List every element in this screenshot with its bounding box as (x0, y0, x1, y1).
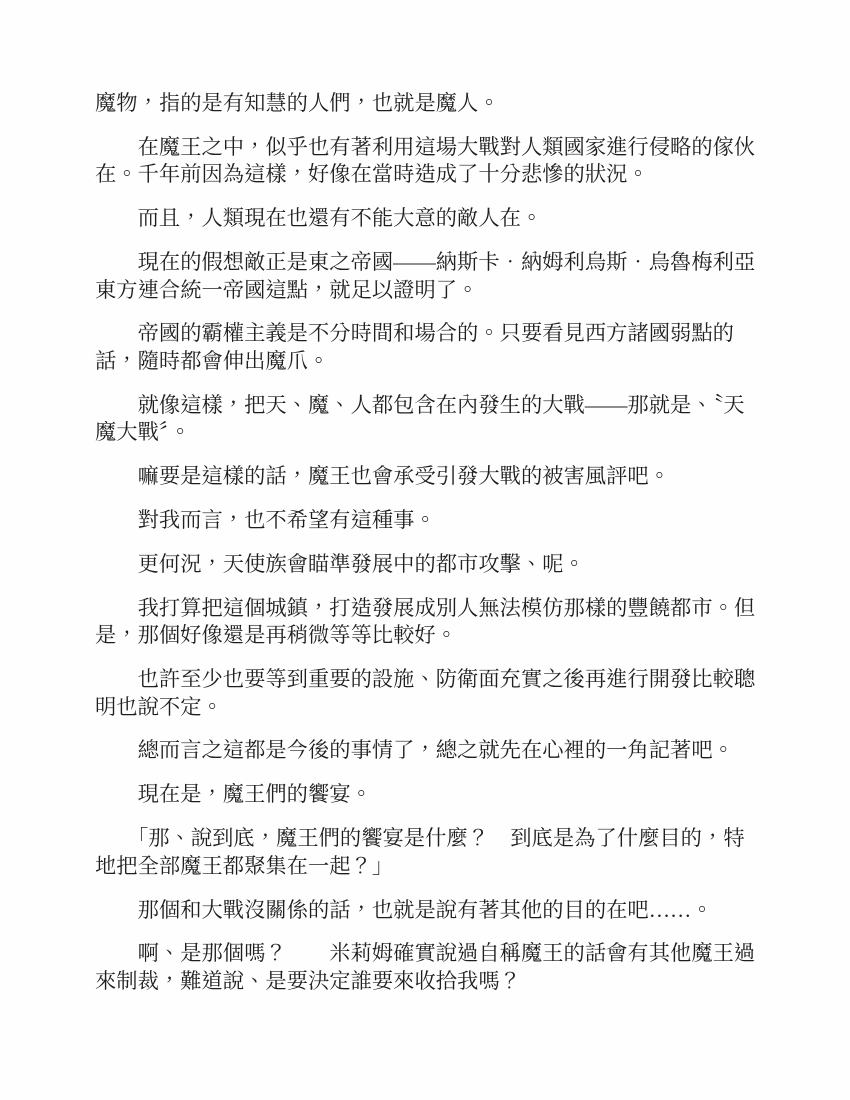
paragraph: 「那、說到底，魔王們的饗宴是什麼？ 到底是為了什麼目的，特地把全部魔王都聚集在一… (95, 825, 761, 880)
paragraph: 嘛要是這樣的話，魔王也會承受引發大戰的被害風評吧。 (95, 463, 761, 490)
paragraph: 而且，人類現在也還有不能大意的敵人在。 (95, 205, 761, 232)
paragraph: 更何況，天使族會瞄準發展中的都市攻擊、呢。 (95, 551, 761, 578)
page-text-block: 魔物，指的是有知慧的人們，也就是魔人。 在魔王之中，似乎也有著利用這場大戰對人類… (95, 90, 761, 1012)
paragraph: 總而言之這都是今後的事情了，總之就先在心裡的一角記著吧。 (95, 737, 761, 764)
document-page: 魔物，指的是有知慧的人們，也就是魔人。 在魔王之中，似乎也有著利用這場大戰對人類… (0, 0, 850, 1100)
paragraph: 帝國的霸權主義是不分時間和場合的。只要看見西方諸國弱點的話，隨時都會伸出魔爪。 (95, 320, 761, 375)
paragraph: 魔物，指的是有知慧的人們，也就是魔人。 (95, 90, 761, 117)
paragraph: 現在是，魔王們的饗宴。 (95, 781, 761, 808)
paragraph: 那個和大戰沒關係的話，也就是說有著其他的目的在吧……。 (95, 897, 761, 924)
paragraph: 啊、是那個嗎？ 米莉姆確實說過自稱魔王的話會有其他魔王過來制裁，難道說、是要決定… (95, 940, 761, 995)
paragraph: 就像這樣，把天、魔、人都包含在內發生的大戰——那就是、〝天魔大戰〞。 (95, 392, 761, 447)
paragraph: 對我而言，也不希望有這種事。 (95, 507, 761, 534)
paragraph: 現在的假想敵正是東之帝國——納斯卡．納姆利烏斯．烏魯梅利亞東方連合統一帝國這點，… (95, 249, 761, 304)
paragraph: 也許至少也要等到重要的設施、防衛面充實之後再進行開發比較聰明也說不定。 (95, 666, 761, 721)
paragraph: 在魔王之中，似乎也有著利用這場大戰對人類國家進行侵略的傢伙在。千年前因為這樣，好… (95, 134, 761, 189)
paragraph: 我打算把這個城鎮，打造發展成別人無法模仿那樣的豐饒都市。但是，那個好像還是再稍微… (95, 595, 761, 650)
